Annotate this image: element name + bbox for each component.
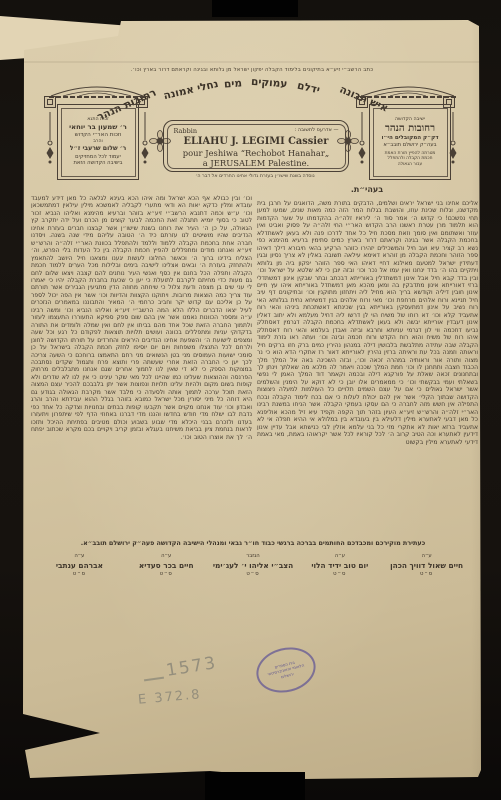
rosette-square-icon <box>44 96 56 108</box>
signature-block: הגזבר הצב״י אליהו י׳ לעג׳ימי ס״ט <box>210 553 297 577</box>
signature-title: ע״ה <box>123 553 210 559</box>
tassel-icon <box>45 112 55 170</box>
cassier-name-line: ELIAHU J. LEGIMI Cassier <box>174 136 339 147</box>
canopy-ornament-icon <box>49 84 145 98</box>
signature-title: הגזבר <box>210 553 297 559</box>
signature-block: ע״ה אברהם ענתבי ס״ט <box>36 553 123 577</box>
yeshiva-title: רחובות הנהר <box>385 123 435 136</box>
signature-block: ע״ה חיים בכר סעדיא ס״ט <box>123 553 210 577</box>
signature-suffix: ס״ט <box>383 571 470 577</box>
merit-box-line: וזכות האר״י הקדוש <box>75 132 122 139</box>
signature-suffix: ס״ט <box>296 571 383 577</box>
scan-background: כתב הרשב״י זיע״א בתיקונים בלימוד הקבלה י… <box>0 0 501 800</box>
pencil-dash-mark <box>144 677 164 682</box>
signature-name: חיים בכר סעדיא <box>123 561 210 570</box>
left-merit-box: זכות התנא ר׳ שמעון בר יוחאי וזכות האר״י … <box>57 104 139 180</box>
yeshiva-box-line: דק״ק המקובלים הי״ו <box>381 135 438 142</box>
signature-title: ע״ה <box>383 553 470 559</box>
signature-title: ע״ה <box>36 553 123 559</box>
signature-suffix: ס״ט <box>210 571 297 577</box>
arc-title-word: נחלי אמונה <box>162 78 219 102</box>
arc-title-word: עמוקים <box>251 76 288 91</box>
signature-block: ע״ה יום טוב ידיד הלוי ס״ט <box>296 553 383 577</box>
pencil-number: 1573 <box>165 653 219 681</box>
center-address-box: Rabbin — אדרעס לתשובה : ELIAHU J. LEGIMI… <box>163 120 349 172</box>
bsd-heading: בעהי״ת. <box>257 185 477 194</box>
signature-name: אברהם ענתבי <box>36 561 123 570</box>
signature-suffix: ס״ט <box>36 571 123 577</box>
scan-notch-bottom <box>205 772 305 800</box>
text-column-right: אליכם אחינו בני ישראל יראים ושלמים, הדבק… <box>257 200 478 537</box>
closing-line: כעתירת מוקירכם ומכבדכם החותמים בברכה ברג… <box>28 539 478 547</box>
signature-suffix: ס״ט <box>123 571 210 577</box>
canopy-ornament-icon <box>360 84 456 98</box>
yeshiva-box-note: עבור הגאולה <box>398 162 423 168</box>
document-paper: כתב הרשב״י זיע״א בתיקונים בלימוד הקבלה י… <box>0 0 501 800</box>
text-column-left: וכו׳ ובין כבולא אף הכא ישראל ומה איהו הכ… <box>31 195 252 531</box>
arc-title-word: ידלם <box>296 80 321 97</box>
rabbin-label: Rabbin <box>174 127 198 135</box>
jerusalem-line: a JERUSALEM Palestine. <box>174 158 339 168</box>
signature-title: ע״ה <box>296 553 383 559</box>
signatures-row: ע״ה חיים שאול דוויך הכהן ס״ט ע״ה יום טוב… <box>36 553 470 577</box>
right-yeshiva-box: ישיבה הקדושה רחובות הנהר דק״ק המקובלים ה… <box>369 104 451 180</box>
pencil-shelf-code: E 372.8 <box>137 687 202 707</box>
library-stamp: בית הספרים הלאומי והאוניברסיטאי ירושלים <box>252 641 321 698</box>
signature-block: ע״ה חיים שאול דוויך הכהן ס״ט <box>383 553 470 577</box>
jeshiwa-line: pour Jeshiwa “Rechobot Hanahar„ <box>174 148 339 158</box>
scan-notch-top <box>212 0 298 17</box>
address-reply-label: — אדרעס לתשובה : <box>295 127 339 133</box>
signature-name: הצב״י אליהו י׳ לעג׳ימי <box>210 561 297 570</box>
header-motto-line: כתב הרשב״י זיע״א בתיקונים בלימוד הקבלה י… <box>40 67 464 73</box>
signature-name: יום טוב ידיד הלוי <box>296 561 383 570</box>
merit-box-name-sharabi: ר׳ שלום שרעבי ז״ל <box>70 145 127 153</box>
yeshiva-box-line: בעה״ק ירושלם תובב״א <box>383 142 436 149</box>
merit-box-name-rashbi: ר׳ שמעון בר יוחאי <box>69 123 127 131</box>
paper-crease <box>0 61 501 63</box>
signature-name: חיים שאול דוויך הכהן <box>383 561 470 570</box>
merit-box-line: בישיבה הקדושה הזאת <box>73 160 122 167</box>
rosette-square-icon <box>356 96 368 108</box>
arc-title-word: מים <box>224 77 243 90</box>
founded-line: נוסדה בשנת שישו״ן בעזרת גדולי אחינו החרד… <box>120 174 390 179</box>
